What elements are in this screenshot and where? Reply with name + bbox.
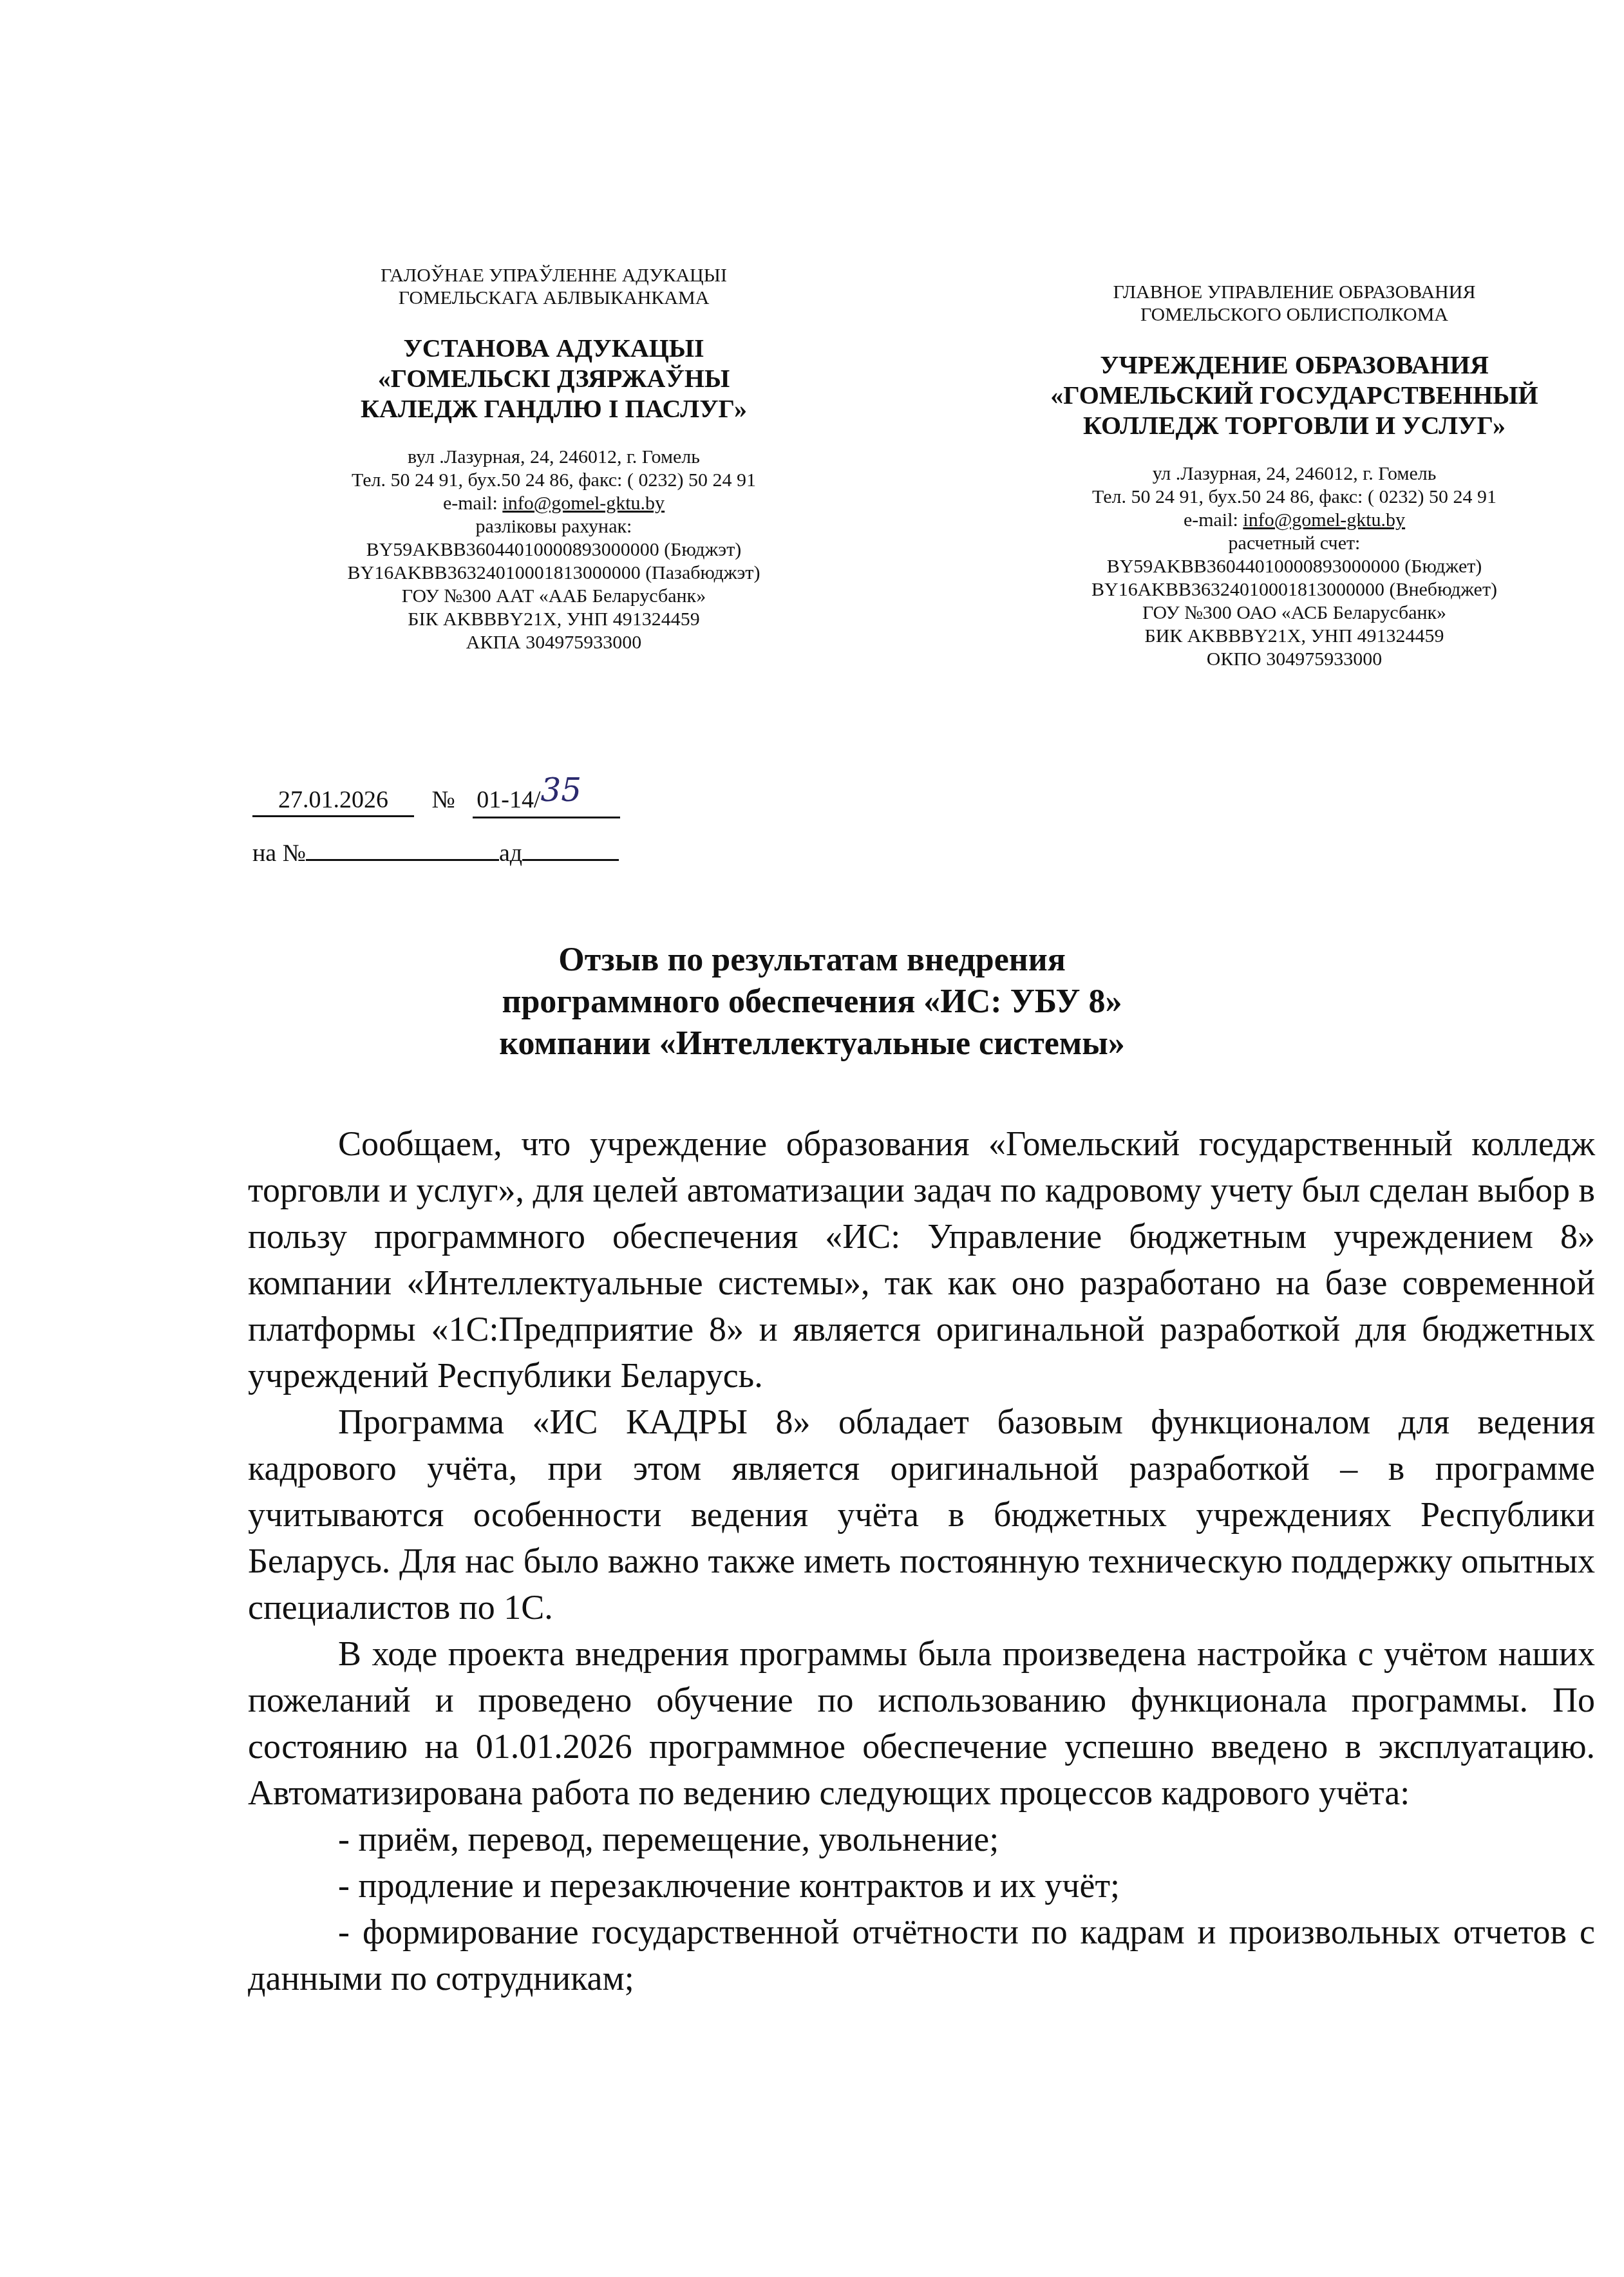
list-item: - продление и перезаключение контрактов … bbox=[248, 1862, 1595, 1909]
email-line: e-mail: info@gomel-gktu.by bbox=[270, 492, 837, 515]
account-offbudget: BY16AKBB36324010001813000000 (Пазабюджэт… bbox=[270, 562, 837, 585]
list-item: - формирование государственной отчётност… bbox=[248, 1909, 1595, 2001]
list-item: - приём, перевод, перемещение, увольнени… bbox=[248, 1816, 1595, 1862]
phones: Тел. 50 24 91, бух.50 24 86, факс: ( 023… bbox=[270, 469, 837, 492]
paragraph: В ходе проекта внедрения программы была … bbox=[248, 1630, 1595, 1816]
account-budget: BY59AKBB36044010000893000000 (Бюджэт) bbox=[270, 538, 837, 562]
address: ул .Лазурная, 24, 246012, г. Гомель bbox=[1005, 462, 1584, 486]
paragraph: Сообщаем, что учреждение образования «Го… bbox=[248, 1120, 1595, 1399]
ref-from-label: ад bbox=[499, 840, 522, 867]
reference-line: на №ад bbox=[252, 837, 619, 867]
bank-name: ГОУ №300 ААТ «ААБ Беларусбанк» bbox=[270, 585, 837, 608]
okpo: ОКПО 304975933000 bbox=[1005, 648, 1584, 671]
letter-body: Сообщаем, что учреждение образования «Го… bbox=[248, 1120, 1595, 2001]
institution-name: УСТАНОВА АДУКАЦЫІ «ГОМЕЛЬСКІ ДЗЯРЖАЎНЫ К… bbox=[270, 333, 837, 424]
email-link[interactable]: info@gomel-gktu.by bbox=[502, 493, 665, 514]
account-offbudget: BY16AKBB36324010001813000000 (Внебюджет) bbox=[1005, 578, 1584, 601]
bic-unp: БІК AKBBBY21X, УНП 491324459 bbox=[270, 608, 837, 631]
okpo: АКПА 304975933000 bbox=[270, 631, 837, 654]
ministry-name: ГЛАВНОЕ УПРАВЛЕНИЕ ОБРАЗОВАНИЯ ГОМЕЛЬСКО… bbox=[1005, 281, 1584, 326]
ref-label: на № bbox=[252, 840, 306, 867]
document-title: Отзыв по результатам внедрения программн… bbox=[0, 939, 1624, 1064]
paragraph: Программа «ИС КАДРЫ 8» обладает базовым … bbox=[248, 1399, 1595, 1630]
letter-date: 27.01.2026 bbox=[252, 786, 414, 817]
registration-line: 27.01.2026 № 01-14/35 bbox=[252, 778, 620, 818]
phones: Тел. 50 24 91, бух.50 24 86, факс: ( 023… bbox=[1005, 486, 1584, 509]
handwritten-number: 35 bbox=[540, 771, 581, 809]
account-label: расчетный счет: bbox=[1005, 532, 1584, 555]
account-label: разліковы рахунак: bbox=[270, 515, 837, 538]
account-budget: BY59AKBB36044010000893000000 (Бюджет) bbox=[1005, 555, 1584, 578]
email-link[interactable]: info@gomel-gktu.by bbox=[1243, 509, 1405, 531]
contact-details: ул .Лазурная, 24, 246012, г. Гомель Тел.… bbox=[1005, 462, 1584, 671]
institution-name: УЧРЕЖДЕНИЕ ОБРАЗОВАНИЯ «ГОМЕЛЬСКИЙ ГОСУД… bbox=[1005, 350, 1584, 441]
bic-unp: БИК AKBBBY21X, УНП 491324459 bbox=[1005, 625, 1584, 648]
ref-number-blank bbox=[306, 837, 499, 861]
address: вул .Лазурная, 24, 246012, г. Гомель bbox=[270, 446, 837, 469]
ref-date-blank bbox=[522, 837, 619, 861]
letter-number: 01-14/35 bbox=[473, 778, 620, 818]
letterhead-belarusian: ГАЛОЎНАЕ УПРАЎЛЕННЕ АДУКАЦЫІ ГОМЕЛЬСКАГА… bbox=[270, 264, 837, 654]
ministry-name: ГАЛОЎНАЕ УПРАЎЛЕННЕ АДУКАЦЫІ ГОМЕЛЬСКАГА… bbox=[270, 264, 837, 310]
contact-details: вул .Лазурная, 24, 246012, г. Гомель Тел… bbox=[270, 446, 837, 654]
bank-name: ГОУ №300 ОАО «АСБ Беларусбанк» bbox=[1005, 601, 1584, 625]
email-line: e-mail: info@gomel-gktu.by bbox=[1005, 509, 1584, 532]
letterhead-russian: ГЛАВНОЕ УПРАВЛЕНИЕ ОБРАЗОВАНИЯ ГОМЕЛЬСКО… bbox=[1005, 281, 1584, 671]
number-sign: № bbox=[432, 786, 455, 813]
